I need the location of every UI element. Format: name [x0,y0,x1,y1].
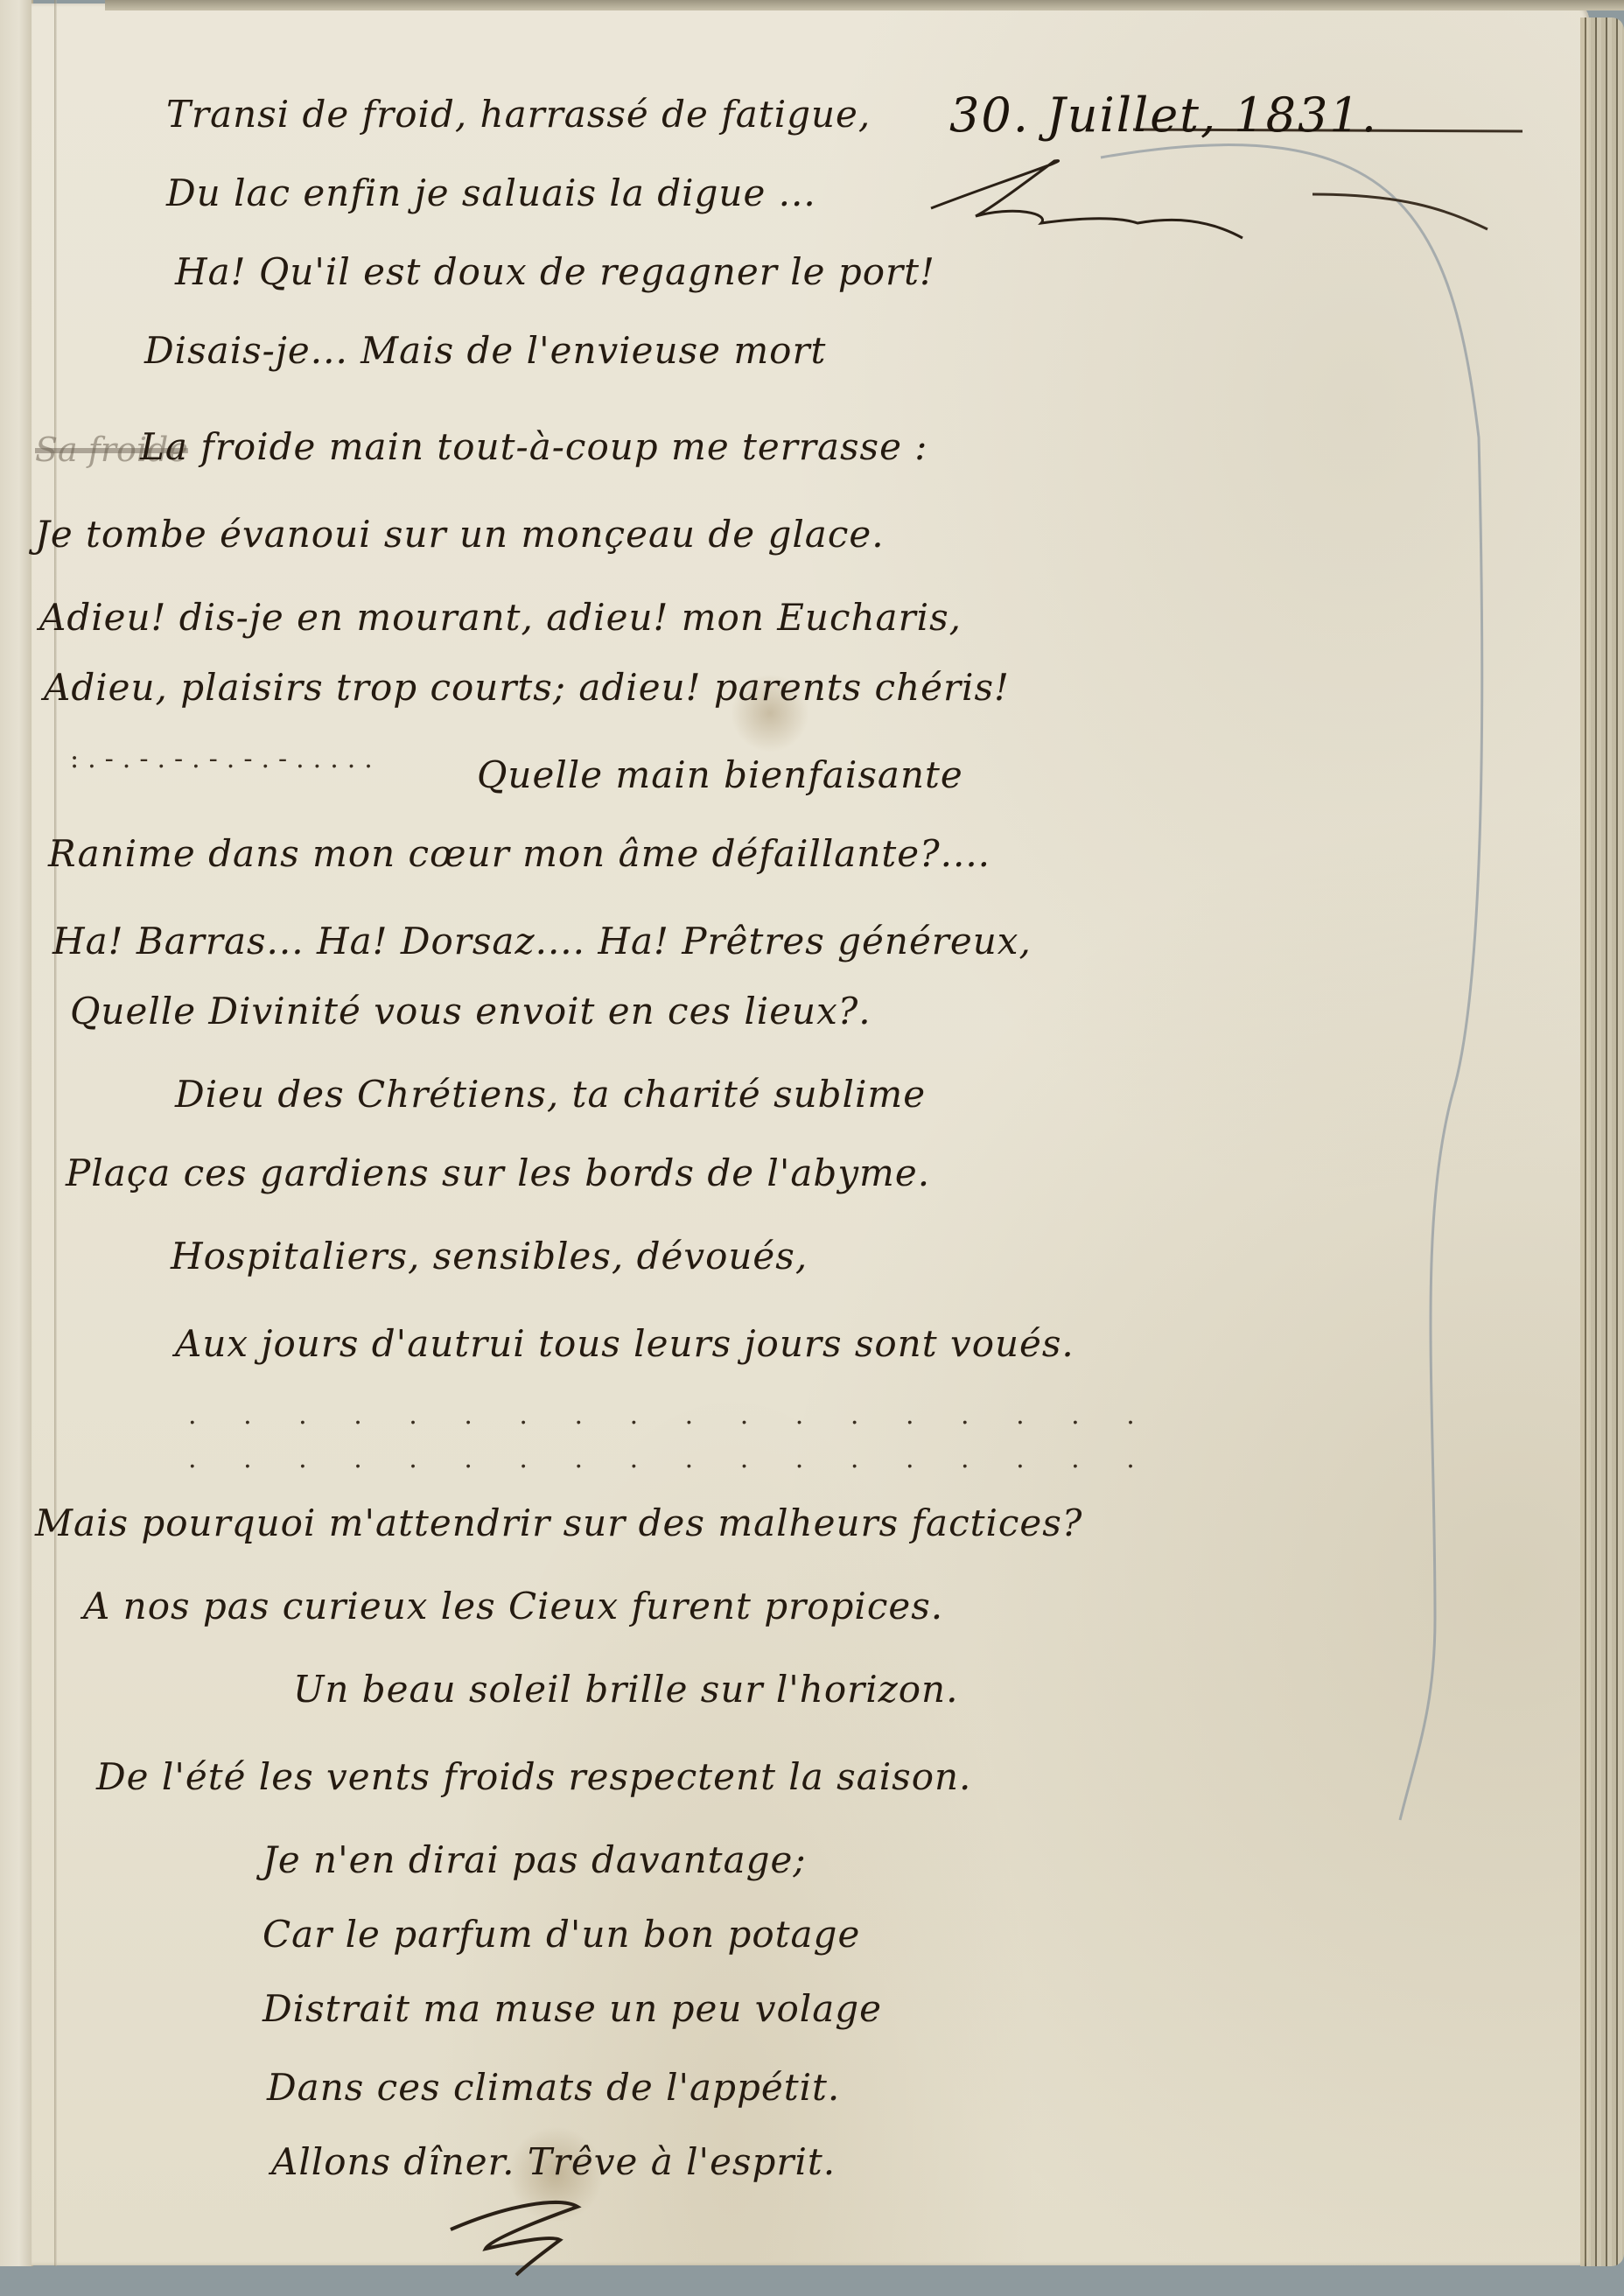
verse-line: Du lac enfin je saluais la digue ... [166,175,816,212]
page-stack-edge [1580,17,1624,2266]
binding-gutter [54,0,57,2266]
verse-line: Hospitaliers, sensibles, dévoués, [171,1238,808,1275]
verse-line: Mais pourquoi m'attendrir sur des malheu… [35,1505,1082,1542]
verse-line: Je n'en dirai pas davantage; [262,1842,807,1879]
verse-line: Allons dîner. Trêve à l'esprit. [271,2144,836,2180]
verse-line: Quelle main bienfaisante [477,757,963,794]
ellipsis-row: . . . . . . . . . . . . . . . . . . [188,1400,1154,1431]
manuscript-scan: 30. Juillet, 1831. Sa froide Transi de f… [0,0,1624,2296]
verse-line: Un beau soleil brille sur l'horizon. [293,1671,958,1708]
verse-line: Dans ces climats de l'appétit. [267,2069,840,2106]
verse-line: Disais-je... Mais de l'envieuse mort [144,332,826,369]
verse-line: Dieu des Chrétiens, ta charité sublime [175,1076,926,1113]
verse-line: La froide main tout-à-coup me terrasse : [140,429,927,465]
verse-line: Transi de froid, harrassé de fatigue, [166,96,871,133]
verse-line: A nos pas curieux les Cieux furent propi… [83,1588,943,1625]
verse-line: Adieu! dis-je en mourant, adieu! mon Euc… [39,599,962,636]
entry-date: 30. Juillet, 1831. [949,87,1378,143]
verse-line: Aux jours d'autrui tous leurs jours sont… [175,1326,1074,1362]
verse-line: De l'été les vents froids respectent la … [96,1759,971,1795]
verse-line: Je tombe évanoui sur un monçeau de glace… [35,516,885,553]
page-top-edge [105,0,1624,10]
ellipsis-row: . . . . . . . . . . . . . . . . . . [188,1444,1154,1474]
verse-line: Plaça ces gardiens sur les bords de l'ab… [66,1155,930,1192]
verse-line: Ha! Qu'il est doux de regagner le port! [175,254,935,290]
previous-page-edge [0,0,33,2266]
verse-line: Distrait ma muse un peu volage [262,1991,882,2027]
verse-line: Ranime dans mon cœur mon âme défaillante… [48,836,990,872]
verse-line: Adieu, plaisirs trop courts; adieu! pare… [44,669,1010,706]
verse-line: Car le parfum d'un bon potage [262,1916,860,1953]
verse-line: Ha! Barras... Ha! Dorsaz.... Ha! Prêtres… [52,923,1032,960]
ellipsis-dashes: :.-.-.-.-.-.-..... [70,744,381,774]
verse-line: Quelle Divinité vous envoit en ces lieux… [70,993,871,1030]
